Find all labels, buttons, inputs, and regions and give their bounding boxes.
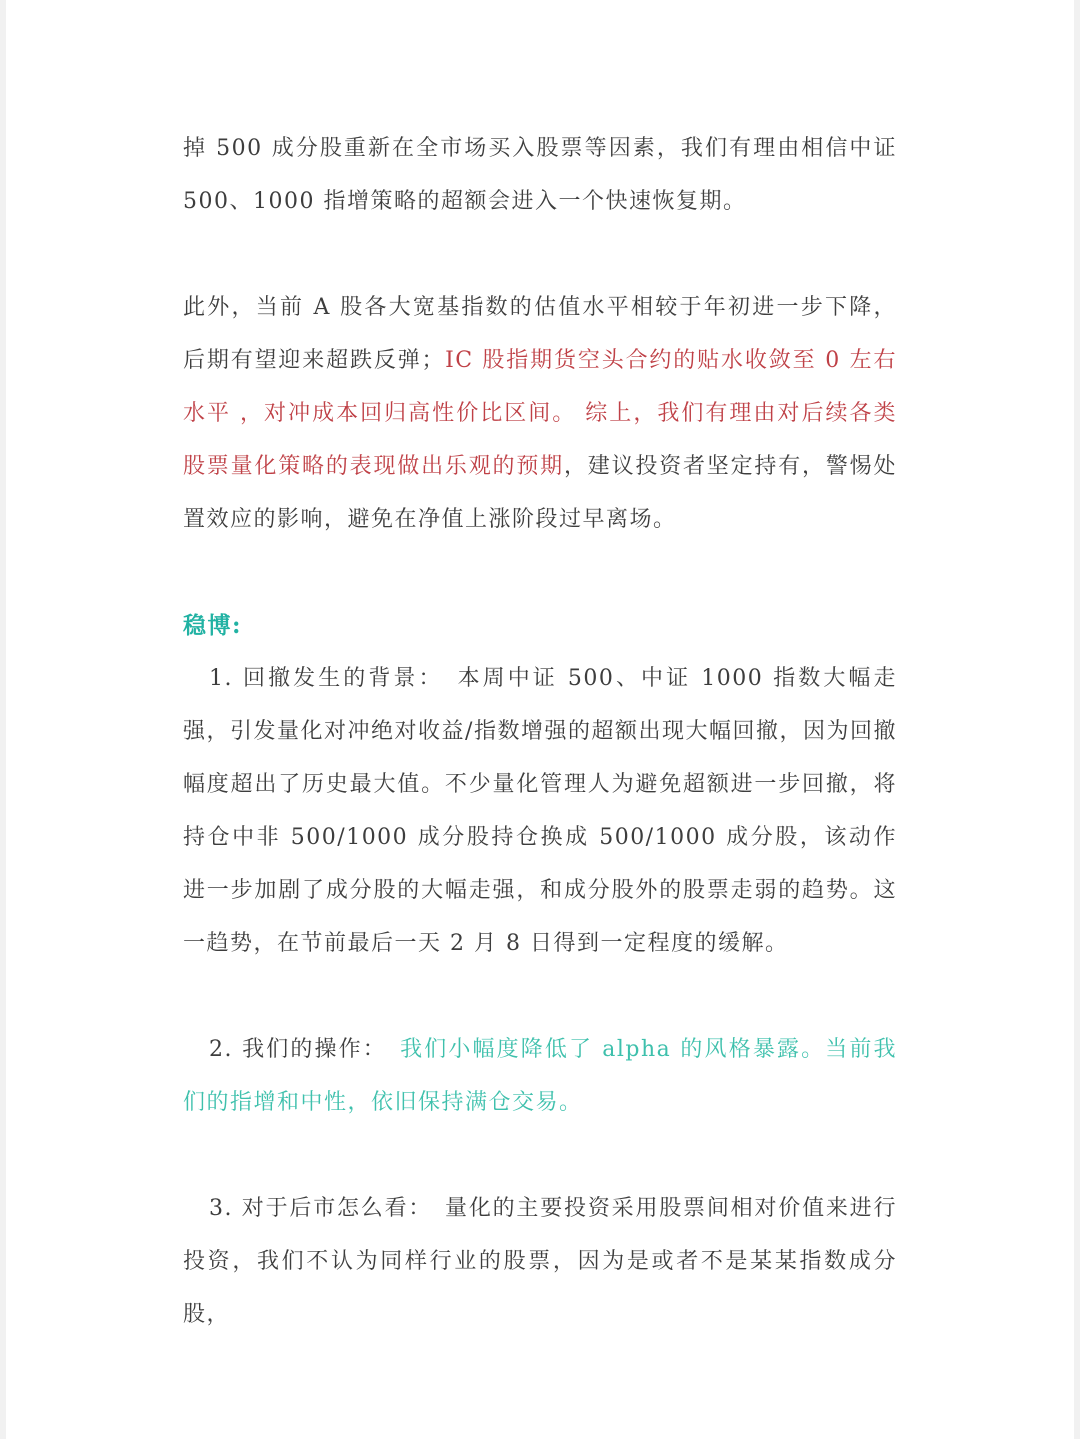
list-item-3-market-view: 3. 对于后市怎么看： 量化的主要投资采用股票间相对价值来进行投资，我们不认为同…: [183, 1182, 897, 1341]
list-item-1-drawdown-background: 1. 回撤发生的背景： 本周中证 500、中证 1000 指数大幅走强，引发量化…: [183, 652, 897, 970]
section-heading-wenbo: 稳博:: [183, 599, 897, 652]
document-page: 掉 500 成分股重新在全市场买入股票等因素，我们有理由相信中证 500、100…: [0, 0, 1080, 1439]
list-item-3-text: 3. 对于后市怎么看： 量化的主要投资采用股票间相对价值来进行投资，我们不认为同…: [183, 1196, 897, 1327]
list-item-2-our-actions: 2. 我们的操作： 我们小幅度降低了 alpha 的风格暴露。当前我们的指增和中…: [183, 1023, 897, 1129]
list-item-1-text: 1. 回撤发生的背景： 本周中证 500、中证 1000 指数大幅走强，引发量化…: [183, 666, 897, 956]
paragraph-market-recovery: 掉 500 成分股重新在全市场买入股票等因素，我们有理由相信中证 500、100…: [183, 122, 897, 228]
paragraph-market-recovery-text: 掉 500 成分股重新在全市场买入股票等因素，我们有理由相信中证 500、100…: [183, 136, 897, 214]
paragraph-outlook: 此外，当前 A 股各大宽基指数的估值水平相较于年初进一步下降，后期有望迎来超跌反…: [183, 281, 897, 546]
list-item-2-black-lead: 2. 我们的操作：: [209, 1037, 376, 1062]
document-content: 掉 500 成分股重新在全市场买入股票等因素，我们有理由相信中证 500、100…: [6, 0, 1074, 1341]
